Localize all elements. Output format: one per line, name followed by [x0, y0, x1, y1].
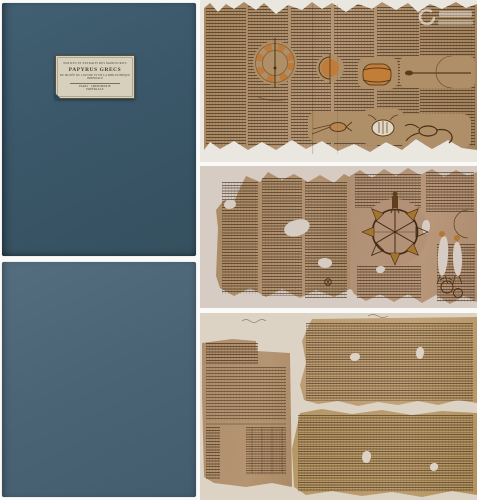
barrel-drawing: [363, 64, 391, 85]
lance-crescent-drawing: [405, 56, 471, 88]
fold-crease: [312, 4, 313, 154]
plate3-drawings: [200, 313, 477, 500]
scorpion-drawing: [405, 124, 452, 143]
papyrus-plate-2: [200, 166, 477, 308]
ring-logo-watermark: [420, 10, 473, 25]
zodiac-ring-drawing: [256, 38, 295, 101]
table-rules-drawing: [206, 424, 286, 473]
standing-figures-drawing: [437, 231, 462, 284]
portfolio-front-cover: [2, 3, 196, 256]
rayed-wheel-drawing: [362, 205, 428, 265]
label-corner-tear: [54, 92, 61, 99]
papyrus-plate-3: [200, 313, 477, 500]
scribble-circles-drawing: [440, 278, 463, 298]
plate1-drawings: [200, 0, 477, 162]
label-series-line: NOTICES ET EXTRAITS DES MANUSCRITS: [59, 63, 131, 66]
papyrus-plate-1: [200, 0, 477, 162]
beetle-drawing: [368, 115, 398, 136]
fish-drawing: [312, 122, 352, 134]
sun-disc-drawing: [319, 54, 339, 84]
crescent-drawing: [454, 210, 468, 238]
plate2-drawings: [200, 166, 477, 308]
pencil-annotation: [242, 315, 388, 323]
portfolio-title-label: NOTICES ET EXTRAITS DES MANUSCRITS PAPYR…: [55, 55, 135, 99]
small-ring-drawing: [325, 279, 331, 285]
label-subtitle: DU MUSÉE DU LOUVRE ET DE LA BIBLIOTHÈQUE…: [59, 75, 131, 80]
label-imprint: PARIS · IMPRIMERIE IMPÉRIALE: [70, 83, 120, 92]
auction-photo: NOTICES ET EXTRAITS DES MANUSCRITS PAPYR…: [0, 0, 477, 500]
portfolio-back-cover: [2, 262, 196, 497]
label-title: PAPYRUS GRECS: [59, 68, 131, 74]
